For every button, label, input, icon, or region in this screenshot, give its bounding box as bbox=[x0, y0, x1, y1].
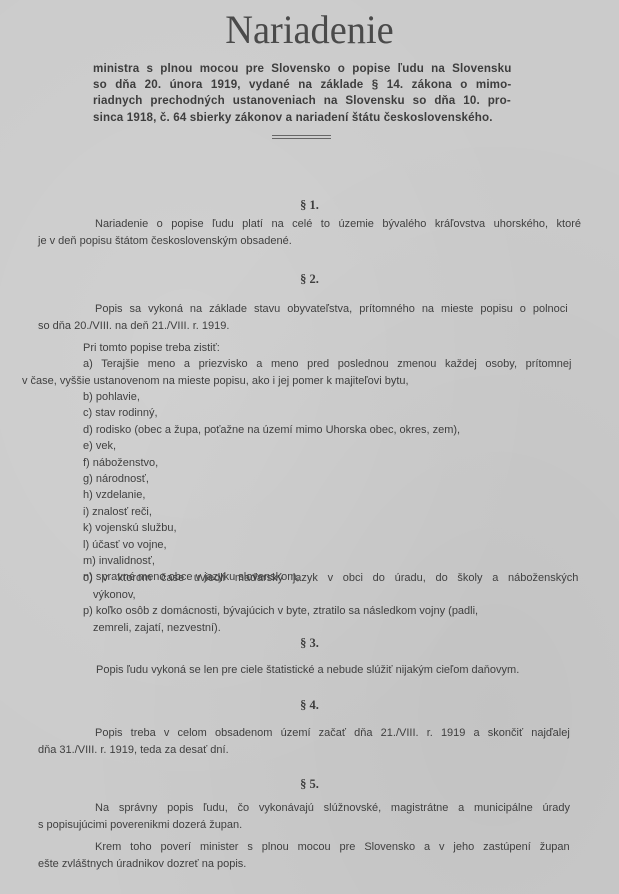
paragraph-line: Popis treba v celom obsadenom území zača… bbox=[38, 725, 570, 742]
paragraph-line: Krem toho poverí minister s plnou mocou … bbox=[38, 839, 570, 856]
section-heading-1: § 1. bbox=[0, 198, 619, 213]
section-5-paragraph-1: Na správny popis ľudu, čo vykonávajú slú… bbox=[38, 800, 570, 833]
paragraph-line: Popis sa vykoná na základe stavu obyvate… bbox=[38, 301, 568, 318]
list-item-line: o) v ktorom čase uviedli maďarský jazyk … bbox=[83, 570, 578, 587]
document-subtitle: ministra s plnou mocou pre Slovensko o p… bbox=[93, 61, 511, 126]
list-item: b) pohlavie, bbox=[83, 389, 460, 405]
section-5-paragraph-2: Krem toho poverí minister s plnou mocou … bbox=[38, 839, 570, 872]
subtitle-line: sinca 1918, č. 64 sbierky zákonov a nari… bbox=[93, 110, 511, 126]
section-heading-2: § 2. bbox=[0, 272, 619, 287]
paragraph-line: je v deň popisu štátom československým o… bbox=[38, 233, 581, 250]
list-item: k) vojenskú službu, bbox=[83, 520, 460, 536]
list-item-o: o) v ktorom čase uviedli maďarský jazyk … bbox=[83, 570, 578, 603]
list-item-p: p) koľko osôb z domácnosti, bývajúcich v… bbox=[83, 603, 578, 636]
list-item: m) invalidnosť, bbox=[83, 553, 460, 569]
section-1-paragraph: Nariadenie o popise ľudu platí na celé t… bbox=[38, 216, 581, 249]
subtitle-line: ministra s plnou mocou pre Slovensko o p… bbox=[93, 61, 511, 77]
list-item-line: a) Terajšie meno a priezvisko a meno pre… bbox=[22, 356, 572, 373]
section-3-paragraph: Popis ľudu vykoná se len pre ciele štati… bbox=[96, 662, 519, 679]
list-intro: Pri tomto popise treba zistiť: bbox=[83, 340, 220, 357]
section-2-paragraph: Popis sa vykoná na základe stavu obyvate… bbox=[38, 301, 568, 334]
paragraph-line: Popis ľudu vykoná se len pre ciele štati… bbox=[96, 662, 519, 679]
subtitle-line: riadnych prechodných ustanoveniach na Sl… bbox=[93, 93, 511, 109]
section-4-paragraph: Popis treba v celom obsadenom území zača… bbox=[38, 725, 570, 758]
paragraph-line: ešte zvláštnych úradnikov dozreť na popi… bbox=[38, 856, 570, 873]
list-item: g) národnosť, bbox=[83, 471, 460, 487]
subtitle-line: so dňa 20. února 1919, vydané na základe… bbox=[93, 77, 511, 93]
list-item-a: a) Terajšie meno a priezvisko a meno pre… bbox=[22, 356, 572, 389]
scanned-document-page: Nariadenie ministra s plnou mocou pre Sl… bbox=[0, 0, 619, 894]
paragraph-line: Na správny popis ľudu, čo vykonávajú slú… bbox=[38, 800, 570, 817]
list-item: i) znalosť reči, bbox=[83, 504, 460, 520]
double-rule-divider bbox=[272, 135, 331, 139]
paragraph-line: s popisujúcimi poverenikmi dozerá župan. bbox=[38, 817, 570, 834]
list-item-line: výkonov, bbox=[83, 587, 578, 604]
list-item: h) vzdelanie, bbox=[83, 487, 460, 503]
list-item: d) rodisko (obec a župa, poťažne na územ… bbox=[83, 422, 460, 438]
paragraph-line: so dňa 20./VIII. na deň 21./VIII. r. 191… bbox=[38, 318, 568, 335]
document-title: Nariadenie bbox=[12, 6, 606, 53]
section-heading-3: § 3. bbox=[0, 636, 619, 651]
paragraph-line: Nariadenie o popise ľudu platí na celé t… bbox=[38, 216, 581, 233]
list-intro-text: Pri tomto popise treba zistiť: bbox=[83, 340, 220, 357]
list-item: f) náboženstvo, bbox=[83, 455, 460, 471]
list-item-line: v čase, vyššie ustanovenom na mieste pop… bbox=[22, 373, 572, 390]
list-item-line: p) koľko osôb z domácnosti, bývajúcich v… bbox=[83, 603, 578, 620]
list-item: e) vek, bbox=[83, 438, 460, 454]
census-items-list: b) pohlavie,c) stav rodinný,d) rodisko (… bbox=[83, 389, 460, 586]
list-item: c) stav rodinný, bbox=[83, 405, 460, 421]
section-heading-5: § 5. bbox=[0, 777, 619, 792]
section-heading-4: § 4. bbox=[0, 698, 619, 713]
list-item: l) účasť vo vojne, bbox=[83, 537, 460, 553]
paragraph-line: dňa 31./VIII. r. 1919, teda za desať dní… bbox=[38, 742, 570, 759]
list-item-line: zemreli, zajatí, nezvestní). bbox=[83, 620, 578, 637]
